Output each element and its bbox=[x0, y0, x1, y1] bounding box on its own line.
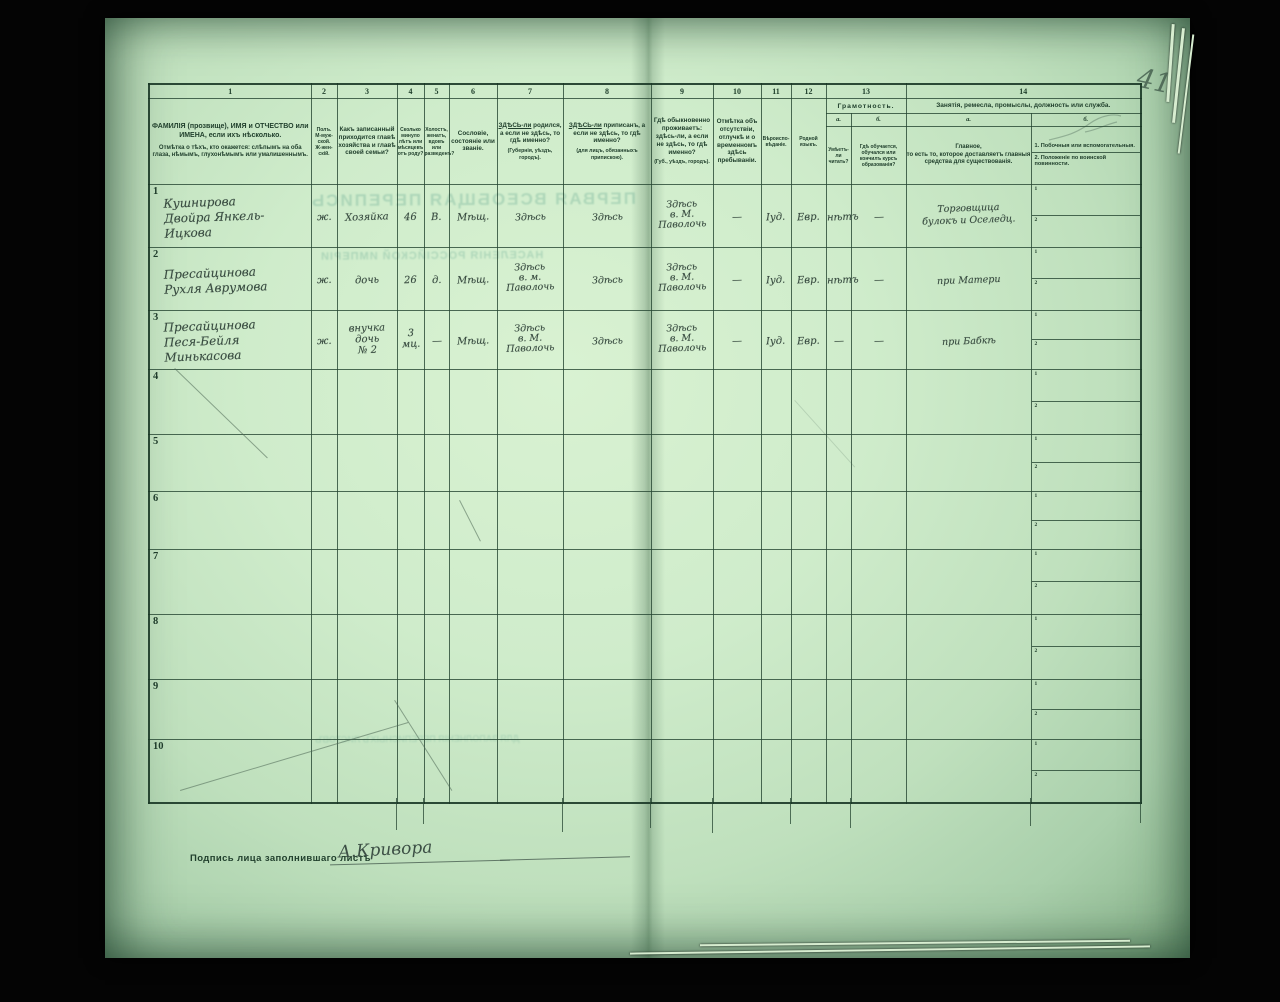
cell-absence bbox=[713, 740, 761, 803]
residence-handwriting: Здѣсь в. М. Паволочь bbox=[657, 199, 706, 231]
cell-occupation-main: Торговщица булокъ и Оселедц. bbox=[906, 185, 1031, 248]
occupation-side-1: 1 bbox=[1032, 740, 1141, 771]
header-literacy-education: Гдѣ обучается, обучался или кончилъ курс… bbox=[851, 127, 906, 185]
cell-registration bbox=[563, 370, 651, 435]
literacy-education-handwriting: — bbox=[873, 275, 883, 286]
cell-language bbox=[791, 740, 826, 803]
header-occupation-b-label: б. bbox=[1031, 114, 1141, 127]
language-handwriting: Евр. bbox=[797, 212, 820, 224]
cell-occupation-main bbox=[906, 680, 1031, 740]
relation-handwriting: внучка дочь № 2 bbox=[348, 322, 386, 356]
cell-literacy-education bbox=[851, 435, 906, 492]
cell-residence bbox=[651, 740, 713, 803]
header-sex: Полъ. М-муж-ской. Ж-жен-скій. bbox=[311, 99, 337, 185]
cell-occupation-side: 1 2 bbox=[1031, 740, 1141, 803]
header-language: Родной языкъ. bbox=[791, 99, 826, 185]
cell-name: 4 bbox=[149, 370, 311, 435]
occupation-side-1: 1 bbox=[1032, 492, 1141, 521]
occupation-side-2: 2 bbox=[1032, 462, 1141, 491]
cell-absence: — bbox=[713, 248, 761, 311]
side-label-2: 2 bbox=[1035, 522, 1038, 528]
cell-age bbox=[397, 615, 424, 680]
column-line-stub bbox=[1030, 798, 1031, 826]
cell-marital bbox=[424, 615, 449, 680]
table-row: 6 1 2 bbox=[149, 492, 1141, 550]
occupation-handwriting: Торговщица булокъ и Оселедц. bbox=[921, 202, 1015, 230]
header-residence-text: Гдѣ обыкновенно проживаетъ: здѣсь-ли, а … bbox=[654, 117, 710, 155]
col-number: 13 bbox=[826, 84, 906, 99]
side-label-2: 2 bbox=[1035, 403, 1038, 409]
header-age: Сколько минуло лѣтъ или мѣсяцевъ отъ род… bbox=[397, 99, 424, 185]
header-literacy-b-label: б. bbox=[851, 114, 906, 127]
cell-residence bbox=[651, 492, 713, 550]
row-number: 7 bbox=[153, 551, 158, 562]
header-birthplace-lead: ЗДѢСЬ-ли bbox=[498, 122, 531, 129]
cell-name: 8 bbox=[149, 615, 311, 680]
column-line-stub bbox=[650, 798, 651, 828]
column-line-stub bbox=[423, 798, 424, 824]
cell-registration bbox=[563, 615, 651, 680]
cell-marital: В. bbox=[424, 185, 449, 248]
registration-handwriting: Здѣсь bbox=[591, 212, 622, 223]
cell-literacy-read bbox=[826, 550, 851, 615]
marital-handwriting: В. bbox=[431, 212, 442, 223]
language-handwriting: Евр. bbox=[797, 336, 820, 348]
header-birthplace: ЗДѢСЬ-ли родился, а если не здѣсь, то гд… bbox=[497, 99, 563, 185]
cell-religion bbox=[761, 435, 791, 492]
name-handwriting: Пресайцинова Рухля Аврумова bbox=[164, 264, 268, 298]
cell-residence bbox=[651, 435, 713, 492]
header-registration-lead: ЗДѢСЬ-ли bbox=[569, 122, 602, 129]
header-residence-paren: (Губ., уѣздъ, городъ). bbox=[652, 159, 713, 166]
cell-language bbox=[791, 492, 826, 550]
cell-birthplace bbox=[497, 492, 563, 550]
cell-name: 3 Пресайцинова Песя-Бейля Минькасова bbox=[149, 311, 311, 370]
cell-marital bbox=[424, 492, 449, 550]
birthplace-handwriting: Здѣсь bbox=[514, 212, 545, 223]
cell-occupation-side: 1 2 bbox=[1031, 680, 1141, 740]
cell-name: 5 bbox=[149, 435, 311, 492]
cell-absence bbox=[713, 492, 761, 550]
side-label-2: 2 bbox=[1035, 341, 1038, 347]
absence-handwriting: — bbox=[732, 336, 742, 347]
occupation-side-2: 2 bbox=[1032, 709, 1141, 740]
header-occupation-title: Занятія, ремесла, промыслы, должность ил… bbox=[906, 99, 1141, 114]
column-line-stub bbox=[562, 798, 563, 832]
literacy-read-handwriting: — bbox=[833, 336, 843, 347]
sex-handwriting: ж. bbox=[317, 336, 332, 348]
cell-literacy-education bbox=[851, 550, 906, 615]
relation-handwriting: дочь bbox=[355, 275, 379, 287]
side-label-1: 1 bbox=[1035, 493, 1038, 499]
occupation-side-1: 1 bbox=[1032, 680, 1141, 710]
cell-registration bbox=[563, 740, 651, 803]
cell-registration: Здѣсь bbox=[563, 311, 651, 370]
cell-occupation-side: 1 2 bbox=[1031, 615, 1141, 680]
page-stack-edge bbox=[700, 940, 1130, 947]
cell-literacy-read bbox=[826, 492, 851, 550]
cell-name: 10 bbox=[149, 740, 311, 803]
religion-handwriting: Іуд. bbox=[766, 275, 786, 287]
name-handwriting: Пресайцинова Песя-Бейля Минькасова bbox=[163, 317, 257, 365]
row-number: 3 bbox=[153, 312, 158, 323]
cell-literacy-education bbox=[851, 680, 906, 740]
estate-handwriting: Мѣщ. bbox=[457, 211, 490, 223]
column-line-stub bbox=[396, 798, 397, 830]
cell-birthplace bbox=[497, 370, 563, 435]
cell-name: 9 bbox=[149, 680, 311, 740]
side-label-1: 1 bbox=[1035, 371, 1038, 377]
cell-sex bbox=[311, 492, 337, 550]
cell-relation bbox=[337, 680, 397, 740]
language-handwriting: Евр. bbox=[797, 275, 820, 287]
cell-estate bbox=[449, 370, 497, 435]
header-name-column: ФАМИЛІЯ (прозвище), ИМЯ и ОТЧЕСТВО или И… bbox=[149, 99, 311, 185]
cell-name: 2 Пресайцинова Рухля Аврумова bbox=[149, 248, 311, 311]
cell-estate: Мѣщ. bbox=[449, 311, 497, 370]
cell-religion bbox=[761, 740, 791, 803]
header-residence: Гдѣ обыкновенно проживаетъ: здѣсь-ли, а … bbox=[651, 99, 713, 185]
side-label-2: 2 bbox=[1035, 280, 1038, 286]
cell-religion bbox=[761, 370, 791, 435]
header-birthplace-paren: (Губернія, уѣздъ, городъ). bbox=[498, 148, 563, 161]
cell-absence: — bbox=[713, 185, 761, 248]
birthplace-handwriting: Здѣсь в. м. Паволочь bbox=[505, 262, 554, 294]
side-label-2: 2 bbox=[1035, 583, 1038, 589]
cell-sex bbox=[311, 550, 337, 615]
cell-literacy-read bbox=[826, 680, 851, 740]
cell-literacy-education bbox=[851, 492, 906, 550]
side-label-1: 1 bbox=[1035, 681, 1038, 687]
cell-relation: дочь bbox=[337, 248, 397, 311]
cell-registration bbox=[563, 680, 651, 740]
marital-handwriting: — bbox=[431, 336, 441, 347]
cell-literacy-read bbox=[826, 370, 851, 435]
cell-occupation-main bbox=[906, 370, 1031, 435]
row-number: 4 bbox=[153, 371, 158, 382]
cell-estate bbox=[449, 435, 497, 492]
cell-literacy-education bbox=[851, 370, 906, 435]
cell-absence bbox=[713, 615, 761, 680]
cell-absence bbox=[713, 435, 761, 492]
occupation-side-2: 2 bbox=[1032, 520, 1141, 550]
col-number: 2 bbox=[311, 84, 337, 99]
table-row: 3 Пресайцинова Песя-Бейля Минькасова ж. … bbox=[149, 311, 1141, 370]
cell-occupation-main bbox=[906, 492, 1031, 550]
cell-marital bbox=[424, 550, 449, 615]
estate-handwriting: Мѣщ. bbox=[457, 335, 490, 347]
cell-sex: ж. bbox=[311, 311, 337, 370]
side-label-1: 1 bbox=[1035, 436, 1038, 442]
cell-sex bbox=[311, 435, 337, 492]
cell-marital bbox=[424, 680, 449, 740]
cell-literacy-read: — bbox=[826, 311, 851, 370]
cell-estate: Мѣщ. bbox=[449, 185, 497, 248]
cell-sex bbox=[311, 680, 337, 740]
religion-handwriting: Іуд. bbox=[766, 212, 786, 224]
cell-birthplace bbox=[497, 550, 563, 615]
table-row: 1 Кушнирова Двойра Янкель- Ицкова ж. Хоз… bbox=[149, 185, 1141, 248]
cell-occupation-main bbox=[906, 435, 1031, 492]
col-number: 11 bbox=[761, 84, 791, 99]
header-religion: Вѣроиспо-вѣданіе. bbox=[761, 99, 791, 185]
cell-estate bbox=[449, 550, 497, 615]
cell-age bbox=[397, 740, 424, 803]
cell-occupation-side: 1 2 bbox=[1031, 248, 1141, 311]
col-number: 4 bbox=[397, 84, 424, 99]
cell-residence bbox=[651, 680, 713, 740]
age-handwriting: 3 мц. bbox=[397, 328, 424, 351]
cell-age: 26 bbox=[397, 248, 424, 311]
occupation-side-1: 1 bbox=[1032, 370, 1141, 402]
column-line-stub bbox=[850, 798, 851, 828]
row-number: 1 bbox=[153, 186, 158, 197]
col-number: 8 bbox=[563, 84, 651, 99]
side-label-2: 2 bbox=[1035, 711, 1038, 717]
cell-name: 6 bbox=[149, 492, 311, 550]
cell-relation bbox=[337, 740, 397, 803]
cell-occupation-main: при Бабкѣ bbox=[906, 311, 1031, 370]
column-number-row: 1 2 3 4 5 6 7 8 9 10 11 12 13 14 bbox=[149, 84, 1141, 99]
literacy-education-handwriting: — bbox=[873, 336, 883, 347]
cell-religion bbox=[761, 492, 791, 550]
row-number: 10 bbox=[153, 741, 164, 752]
cell-literacy-education bbox=[851, 740, 906, 803]
occupation-handwriting: при Матери bbox=[937, 274, 1001, 289]
row-number: 5 bbox=[153, 436, 158, 447]
cell-language bbox=[791, 435, 826, 492]
col-number: 1 bbox=[149, 84, 311, 99]
cell-age bbox=[397, 370, 424, 435]
marital-handwriting: д. bbox=[432, 275, 442, 286]
col-number: 3 bbox=[337, 84, 397, 99]
cell-literacy-read: нѣтъ bbox=[826, 185, 851, 248]
side-label-1: 1 bbox=[1035, 249, 1038, 255]
cell-birthplace: Здѣсь bbox=[497, 185, 563, 248]
cell-literacy-education bbox=[851, 615, 906, 680]
occupation-side-1: 1 bbox=[1032, 615, 1141, 647]
col-number: 14 bbox=[906, 84, 1141, 99]
cell-religion bbox=[761, 615, 791, 680]
cell-relation: Хозяйка bbox=[337, 185, 397, 248]
col-number: 10 bbox=[713, 84, 761, 99]
signature-underline bbox=[500, 856, 630, 860]
cell-marital: д. bbox=[424, 248, 449, 311]
column-line-stub bbox=[790, 798, 791, 824]
birthplace-handwriting: Здѣсь в. М. Паволочь bbox=[505, 323, 554, 355]
header-absence: Отмѣтка объ отсутствіи, отлучкѣ и о врем… bbox=[713, 99, 761, 185]
occupation-side-2: 2 bbox=[1032, 215, 1141, 247]
cell-language: Евр. bbox=[791, 311, 826, 370]
registration-handwriting: Здѣсь bbox=[591, 336, 622, 347]
occupation-handwriting: при Бабкѣ bbox=[941, 335, 995, 349]
col-number: 5 bbox=[424, 84, 449, 99]
relation-handwriting: Хозяйка bbox=[345, 211, 389, 224]
signature-row: Подпись лица заполнившаго листъ А.Кривор… bbox=[190, 848, 371, 866]
cell-birthplace bbox=[497, 740, 563, 803]
row-number: 9 bbox=[153, 681, 158, 692]
estate-handwriting: Мѣщ. bbox=[457, 274, 490, 286]
cell-name: 7 bbox=[149, 550, 311, 615]
side-label-1: 1 bbox=[1035, 741, 1038, 747]
census-sheet: ПЕРВАЯ ВСЕОБЩАЯ ПЕРЕПИСЬ НАСЕЛЕНІЯ РОССІ… bbox=[105, 18, 1190, 958]
side-label-1: 1 bbox=[1035, 312, 1038, 318]
cell-language bbox=[791, 615, 826, 680]
cell-relation bbox=[337, 492, 397, 550]
row-number: 8 bbox=[153, 616, 158, 627]
absence-handwriting: — bbox=[732, 275, 742, 286]
cell-sex: ж. bbox=[311, 248, 337, 311]
cell-registration: Здѣсь bbox=[563, 248, 651, 311]
cell-birthplace bbox=[497, 615, 563, 680]
cell-relation: внучка дочь № 2 bbox=[337, 311, 397, 370]
cell-occupation-side: 1 2 bbox=[1031, 492, 1141, 550]
cell-absence: — bbox=[713, 311, 761, 370]
cell-relation bbox=[337, 370, 397, 435]
occupation-side-2: 2 bbox=[1032, 278, 1141, 310]
cell-marital bbox=[424, 370, 449, 435]
cell-literacy-read bbox=[826, 740, 851, 803]
cell-literacy-read bbox=[826, 435, 851, 492]
col-number: 9 bbox=[651, 84, 713, 99]
cell-occupation-side: 1 2 bbox=[1031, 370, 1141, 435]
page-stack-edge bbox=[630, 945, 1150, 954]
cell-occupation-main bbox=[906, 740, 1031, 803]
occupation-side-1: 1 bbox=[1032, 435, 1141, 463]
header-literacy-title: Грамотность. bbox=[826, 99, 906, 114]
cell-marital bbox=[424, 435, 449, 492]
occupation-side-1: 1 bbox=[1032, 185, 1141, 216]
header-marital: Холостъ, женатъ, вдовъ или разведенъ? bbox=[424, 99, 449, 185]
cell-literacy-education: — bbox=[851, 311, 906, 370]
table-row: 4 1 2 bbox=[149, 370, 1141, 435]
cell-relation bbox=[337, 615, 397, 680]
table-row: 8 1 2 bbox=[149, 615, 1141, 680]
side-label-2: 2 bbox=[1035, 648, 1038, 654]
table-row: 2 Пресайцинова Рухля Аврумова ж. дочь 26… bbox=[149, 248, 1141, 311]
header-name-main: ФАМИЛІЯ (прозвище), ИМЯ и ОТЧЕСТВО или И… bbox=[150, 123, 311, 141]
cell-age bbox=[397, 435, 424, 492]
side-label-2: 2 bbox=[1035, 772, 1038, 778]
header-literacy-a-label: а. bbox=[826, 114, 851, 127]
column-line-stub bbox=[712, 798, 713, 833]
age-handwriting: 46 bbox=[404, 212, 417, 223]
cell-residence bbox=[651, 370, 713, 435]
cell-marital bbox=[424, 740, 449, 803]
cell-occupation-side: 1 2 bbox=[1031, 311, 1141, 370]
cell-birthplace: Здѣсь в. м. Паволочь bbox=[497, 248, 563, 311]
cell-estate bbox=[449, 492, 497, 550]
cell-literacy-education: — bbox=[851, 248, 906, 311]
cell-language bbox=[791, 680, 826, 740]
cell-birthplace bbox=[497, 680, 563, 740]
occupation-side-1: 1 bbox=[1032, 550, 1141, 582]
cell-relation bbox=[337, 435, 397, 492]
cell-absence bbox=[713, 370, 761, 435]
cell-estate bbox=[449, 615, 497, 680]
occupation-side-2: 2 bbox=[1032, 581, 1141, 614]
row-number: 2 bbox=[153, 249, 158, 260]
name-handwriting: Кушнирова Двойра Янкель- Ицкова bbox=[163, 193, 265, 241]
age-handwriting: 26 bbox=[404, 275, 417, 286]
absence-handwriting: — bbox=[732, 212, 742, 223]
cell-birthplace: Здѣсь в. М. Паволочь bbox=[497, 311, 563, 370]
scan-background: ПЕРВАЯ ВСЕОБЩАЯ ПЕРЕПИСЬ НАСЕЛЕНІЯ РОССІ… bbox=[0, 0, 1280, 1002]
cell-residence: Здѣсь в. М. Паволочь bbox=[651, 311, 713, 370]
cell-absence bbox=[713, 550, 761, 615]
cell-absence bbox=[713, 680, 761, 740]
occupation-side-1: 1 bbox=[1032, 248, 1141, 279]
cell-occupation-side: 1 2 bbox=[1031, 185, 1141, 248]
occupation-side-2: 2 bbox=[1032, 646, 1141, 679]
header-occupation-side1: 1. Побочныя или вспомогательныя. bbox=[1032, 141, 1141, 152]
side-label-2: 2 bbox=[1035, 464, 1038, 470]
cell-marital: — bbox=[424, 311, 449, 370]
cell-language: Евр. bbox=[791, 248, 826, 311]
cell-sex bbox=[311, 615, 337, 680]
header-registration-paren: (для лицъ, обязанныхъ припискою). bbox=[564, 148, 651, 161]
table-row: 9 1 2 bbox=[149, 680, 1141, 740]
cell-occupation-main bbox=[906, 550, 1031, 615]
signature-handwriting: А.Кривора bbox=[338, 838, 433, 863]
cell-religion: Іуд. bbox=[761, 185, 791, 248]
occupation-side-2: 2 bbox=[1032, 401, 1141, 434]
cell-religion: Іуд. bbox=[761, 311, 791, 370]
cell-estate: Мѣщ. bbox=[449, 248, 497, 311]
header-occupation-a-label: а. bbox=[906, 114, 1031, 127]
occupation-side-2: 2 bbox=[1032, 339, 1141, 369]
occupation-side-1: 1 bbox=[1032, 311, 1141, 340]
cell-registration bbox=[563, 492, 651, 550]
table-row: 10 1 2 bbox=[149, 740, 1141, 803]
table-row: 5 1 2 bbox=[149, 435, 1141, 492]
cell-age bbox=[397, 550, 424, 615]
header-row: ФАМИЛІЯ (прозвище), ИМЯ и ОТЧЕСТВО или И… bbox=[149, 99, 1141, 114]
religion-handwriting: Іуд. bbox=[766, 336, 786, 348]
cell-occupation-main: при Матери bbox=[906, 248, 1031, 311]
cell-relation bbox=[337, 550, 397, 615]
cell-religion bbox=[761, 550, 791, 615]
cell-registration: Здѣсь bbox=[563, 185, 651, 248]
header-name-note: Отмѣтка о тѣхъ, кто окажется: слѣпымъ на… bbox=[150, 145, 311, 160]
residence-handwriting: Здѣсь в. М. Паволочь bbox=[657, 323, 706, 355]
registration-handwriting: Здѣсь bbox=[591, 275, 622, 286]
side-label-1: 1 bbox=[1035, 186, 1038, 192]
cell-residence bbox=[651, 550, 713, 615]
cell-age bbox=[397, 492, 424, 550]
column-line-stub bbox=[1140, 798, 1141, 823]
header-estate: Сословіе, состояніе или званіе. bbox=[449, 99, 497, 185]
census-table: 1 2 3 4 5 6 7 8 9 10 11 12 13 14 bbox=[148, 83, 1142, 804]
header-occupation-side: 1. Побочныя или вспомогательныя. 2. Поло… bbox=[1031, 127, 1141, 185]
cell-literacy-education: — bbox=[851, 185, 906, 248]
cell-occupation-side: 1 2 bbox=[1031, 435, 1141, 492]
cell-literacy-read: нѣтъ bbox=[826, 248, 851, 311]
cell-occupation-main bbox=[906, 615, 1031, 680]
cell-estate bbox=[449, 740, 497, 803]
cell-religion: Іуд. bbox=[761, 248, 791, 311]
cell-residence: Здѣсь в. М. Паволочь bbox=[651, 185, 713, 248]
header-relation: Какъ записанный приходится главѣ хозяйст… bbox=[337, 99, 397, 185]
cell-language: Евр. bbox=[791, 185, 826, 248]
header-literacy-read: Умѣетъ-ли читать? bbox=[826, 127, 851, 185]
occupation-side-2: 2 bbox=[1032, 770, 1141, 802]
cell-age: 3 мц. bbox=[397, 311, 424, 370]
cell-religion bbox=[761, 680, 791, 740]
col-number: 6 bbox=[449, 84, 497, 99]
side-label-1: 1 bbox=[1035, 616, 1038, 622]
header-registration: ЗДѢСЬ-ли приписанъ, а если не здѣсь, то … bbox=[563, 99, 651, 185]
